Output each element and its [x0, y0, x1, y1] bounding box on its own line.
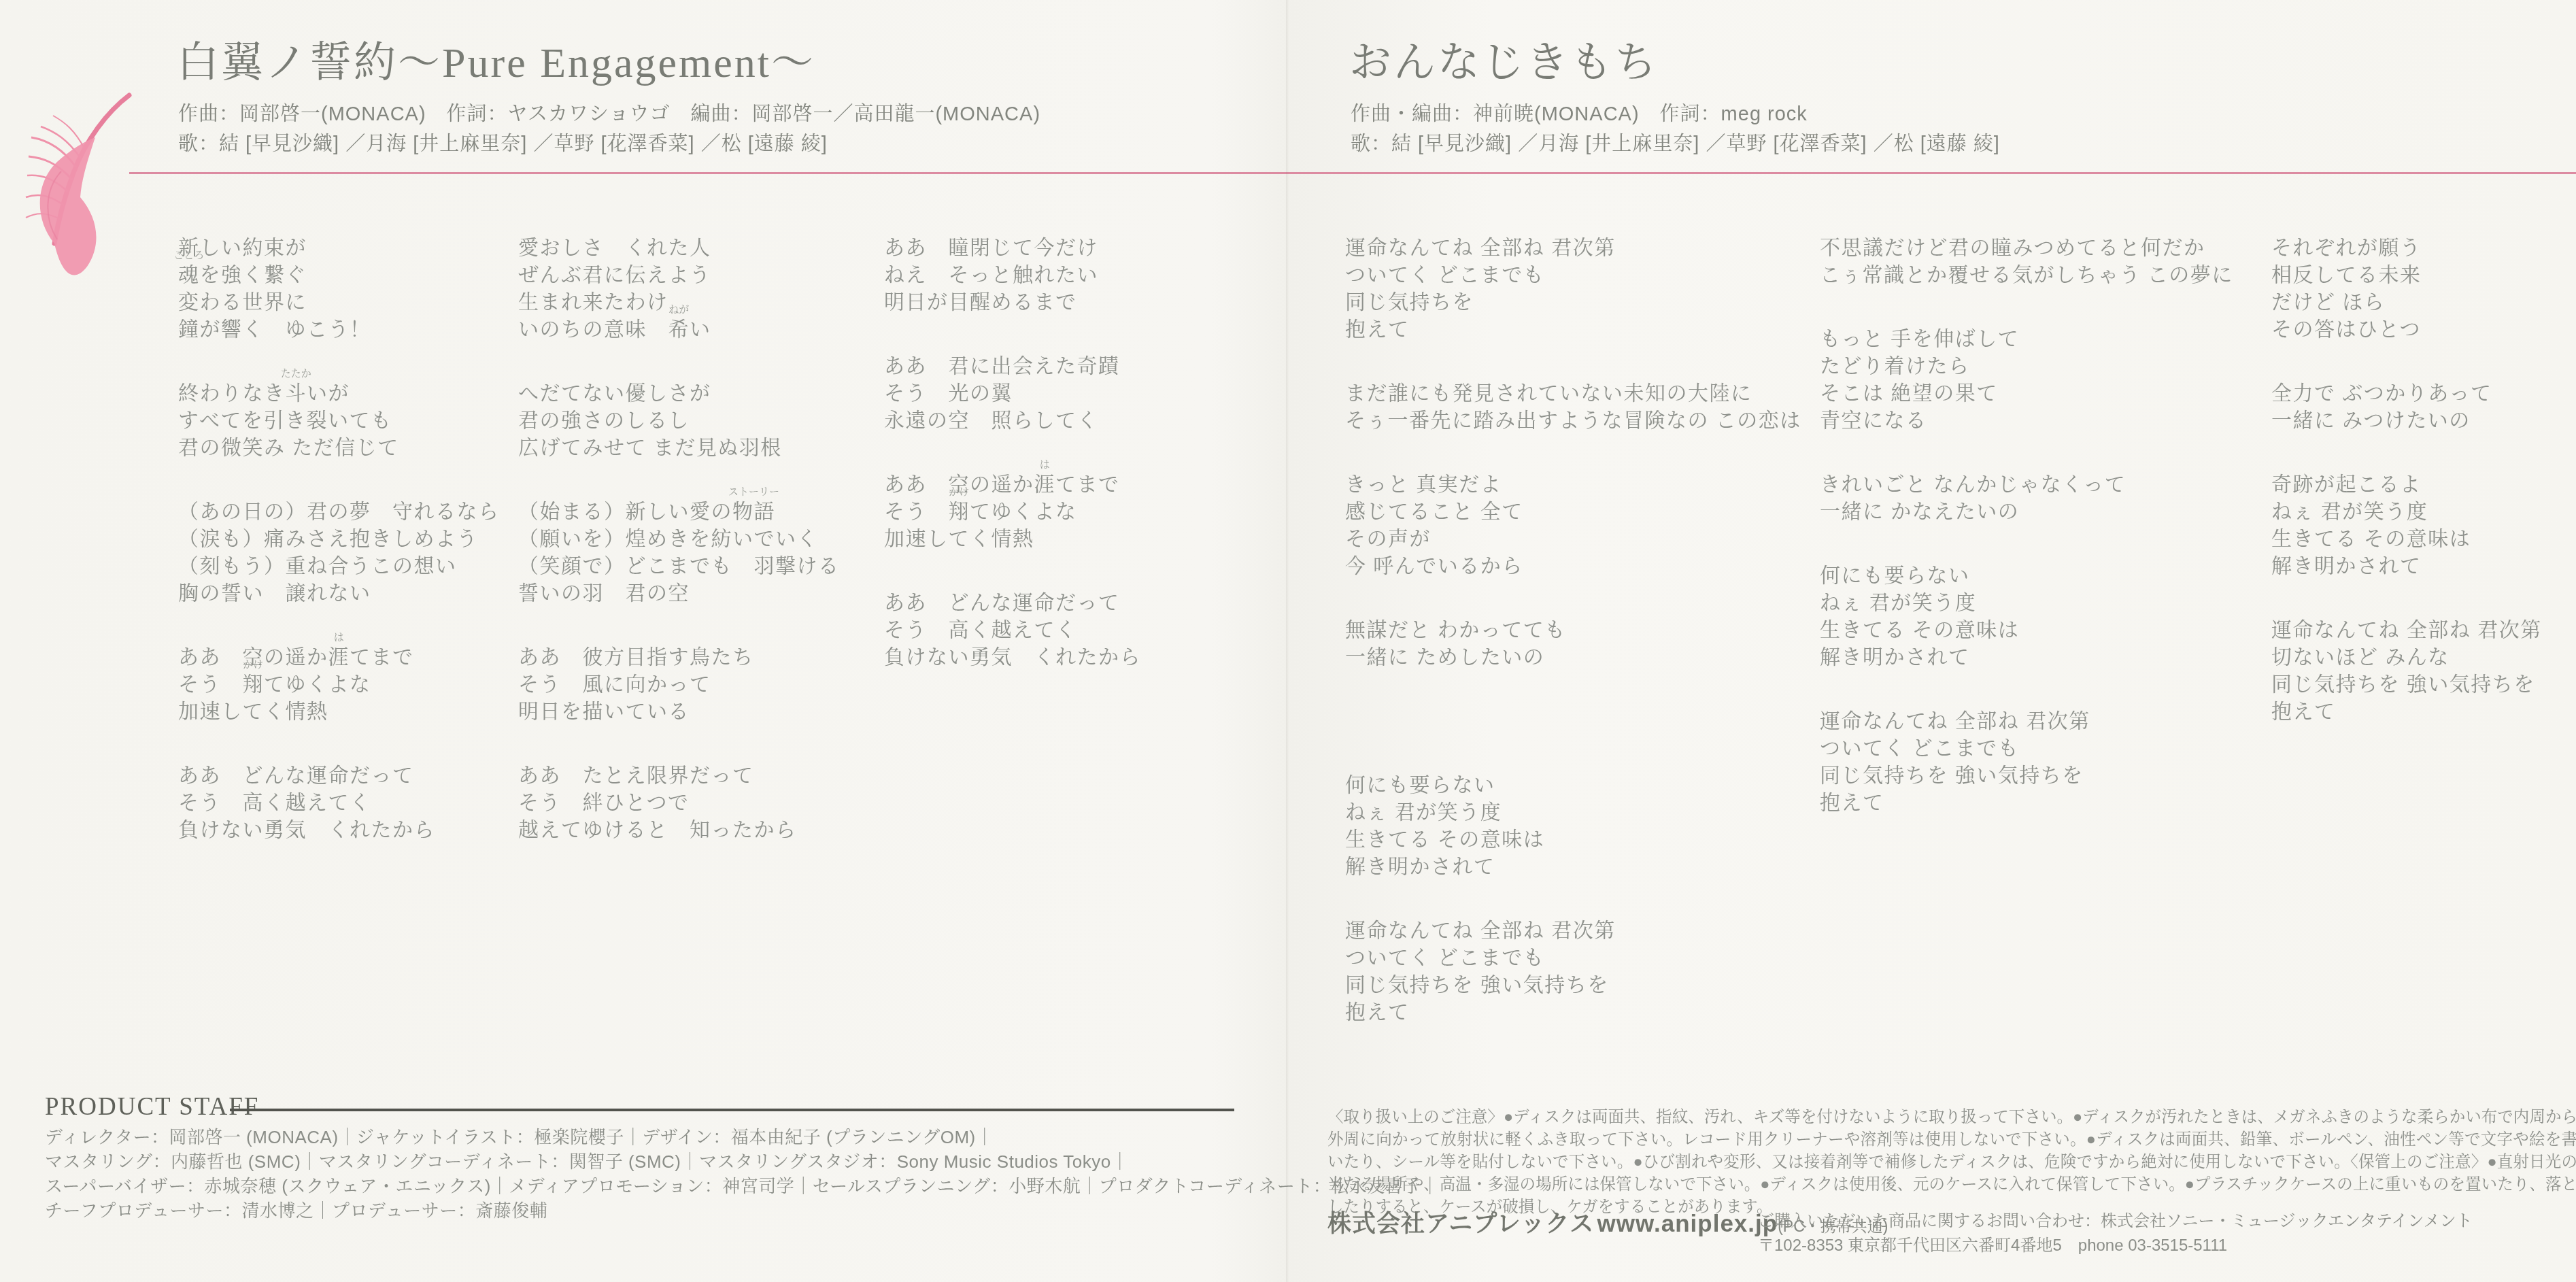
lyric-line: もっと 手を伸ばして	[1820, 326, 2233, 353]
lyric-line: 同じ気持ちを	[1345, 289, 1801, 316]
lyric-stanza: ああ 瞳閉じて今だけねえ そっと触れたい明日が目醒めるまで	[884, 235, 1141, 316]
lyric-stanza: ああ 君に出会えた奇蹟そう 光の翼永遠の空 照らしてく	[884, 353, 1141, 435]
page-fold-crease	[1286, 0, 1289, 1282]
lyric-line: 同じ気持ちを 強い気持ちを	[1820, 762, 2233, 790]
credit-line-vocals: 歌：結 [早見沙織] ／月海 [井上麻里奈] ／草野 [花澤香菜] ／松 [遠藤…	[1351, 129, 2000, 159]
lyric-stanza: まだ誰にも発見されていない未知の大陸にそぅ一番先に踏み出すような冒険なの この恋…	[1345, 380, 1801, 435]
lyric-line: こぅ常識とか覆せる気がしちゃう この夢に	[1820, 262, 2233, 289]
lyric-line: ぜんぶ君に伝えよう	[518, 262, 840, 289]
lyric-line: 君の強さのしるし	[518, 407, 840, 435]
lyric-stanza: （始まる）新しい愛の物語ストーリー（願いを）煌めきを紡いでいく（笑顔で）どこまで…	[518, 499, 840, 607]
furigana-base: 希ねが	[668, 316, 690, 343]
lyric-line: （願いを）煌めきを紡いでいく	[518, 526, 840, 553]
lyric-line: 抱えて	[1345, 316, 1801, 343]
lyric-stanza: 新しい約束が魂こころを強く繋ぐ変わる世界に鐘が響く ゆこう！	[178, 235, 500, 343]
furigana: ストーリー	[728, 487, 779, 497]
lyric-line: その答はひとつ	[2271, 316, 2542, 343]
lyric-stanza: 全力で ぶつかりあって一緒に みつけたいの	[2271, 380, 2542, 435]
staff-credit-line: スーパーバイザー：赤城奈穂 (スクウェア・エニックス)｜メディアプロモーション：…	[45, 1174, 1255, 1198]
lyric-line: そう 高く越えてく	[178, 790, 500, 817]
lyric-line: 切ないほど みんな	[2271, 644, 2542, 671]
lyric-line: 運命なんてね 全部ね 君次第	[1820, 708, 2233, 735]
furigana: かけ	[243, 660, 263, 670]
lyric-line: 同じ気持ちを 強い気持ちを	[1345, 972, 1801, 999]
lyric-line: ねぇ 君が笑う度	[2271, 499, 2542, 526]
lyric-stanza: きっと 真実だよ感じてること 全てその声が今 呼んでいるから	[1345, 471, 1801, 580]
lyric-line: 生きてる その意味は	[1345, 826, 1801, 854]
furigana-base: 涯は	[1034, 471, 1056, 499]
lyric-stanza: ああ どんな運命だってそう 高く越えてく負けない勇気 くれたから	[178, 762, 500, 844]
handling-notes: 〈取り扱い上のご注意〉●ディスクは両面共、指紋、汚れ、キズ等を付けないように取り…	[1327, 1106, 2576, 1218]
lyric-line: その声が	[1345, 526, 1801, 553]
lyric-line: 抱えて	[1345, 999, 1801, 1026]
furigana: こころ	[173, 250, 204, 260]
publisher-name: 株式会社アニプレックス	[1327, 1211, 1594, 1237]
lyric-stanza: 運命なんてね 全部ね 君次第ついてく どこまでも同じ気持ちを 強い気持ちを抱えて	[1345, 917, 1801, 1026]
lyrics-column-right-3: それぞれが願う相反してる未来だけど ほらその答はひとつ全力で ぶつかりあって一緒…	[2271, 235, 2542, 762]
lyric-line: そう 絆ひとつで	[518, 790, 840, 817]
lyric-stanza: ああ 彼方目指す鳥たちそう 風に向かって明日を描いている	[518, 644, 840, 726]
furigana-base: 翔かけ	[243, 671, 265, 698]
lyric-line: 運命なんてね 全部ね 君次第	[2271, 617, 2542, 644]
pink-feather-graphic	[5, 72, 141, 297]
song-title-right: おんなじきもち	[1349, 29, 1659, 89]
lyric-line: 一緒に みつけたいの	[2271, 407, 2542, 435]
lyrics-column-right-2: 不思議だけど君の瞳みつめてると何だかこぅ常識とか覆せる気がしちゃう この夢にもっ…	[1820, 235, 2233, 854]
lyric-line: 胸の誓い 譲れない	[178, 580, 500, 607]
lyric-line: ねぇ 君が笑う度	[1820, 590, 2233, 617]
lyric-line: ついてく どこまでも	[1345, 262, 1801, 289]
lyric-line: 青空になる	[1820, 407, 2233, 435]
lyric-line: へだてない優しさが	[518, 380, 840, 407]
furigana: たたか	[281, 369, 311, 379]
lyric-line: きっと 真実だよ	[1345, 471, 1801, 499]
lyric-line: ああ 瞳閉じて今だけ	[884, 235, 1141, 262]
pink-divider-line	[129, 172, 2576, 174]
contact-line: ご購入いただいた商品に関するお問い合わせ：株式会社ソニー・ミュージックエンタテイ…	[1758, 1209, 2473, 1234]
lyric-stanza: 終わりなき斗たたかいがすべてを引き裂いても君の微笑み ただ信じて	[178, 380, 500, 462]
lyric-line: 運命なんてね 全部ね 君次第	[1345, 917, 1801, 945]
lyric-line: 相反してる未来	[2271, 262, 2542, 289]
furigana: は	[334, 632, 344, 643]
product-staff-heading: PRODUCT STAFF	[45, 1092, 259, 1121]
contact-info: ご購入いただいた商品に関するお問い合わせ：株式会社ソニー・ミュージックエンタテイ…	[1758, 1209, 2473, 1258]
lyric-line: （始まる）新しい愛の物語ストーリー	[518, 499, 840, 526]
lyric-line: 感じてること 全て	[1345, 499, 1801, 526]
lyric-line: 負けない勇気 くれたから	[178, 817, 500, 844]
lyric-line: （笑顔で）どこまでも 羽撃ける	[518, 553, 840, 580]
lyric-line: そう 光の翼	[884, 380, 1141, 407]
lyric-line: いのちの意味 希ねがい	[518, 316, 840, 343]
lyric-line: 越えてゆけると 知ったから	[518, 817, 840, 844]
lyric-stanza: 運命なんてね 全部ね 君次第ついてく どこまでも同じ気持ちを 強い気持ちを抱えて	[1820, 708, 2233, 817]
lyric-line: 鐘が響く ゆこう！	[178, 316, 500, 343]
credit-line-vocals: 歌：結 [早見沙織] ／月海 [井上麻里奈] ／草野 [花澤香菜] ／松 [遠藤…	[178, 129, 1040, 159]
lyric-line: （涙も）痛みさえ抱きしめよう	[178, 526, 500, 553]
lyric-stanza: 何にも要らないねぇ 君が笑う度生きてる その意味は解き明かされて	[1820, 562, 2233, 671]
furigana-base: 魂こころ	[178, 262, 200, 289]
lyric-stanza: 奇跡が起こるよねぇ 君が笑う度生きてる その意味は解き明かされて	[2271, 471, 2542, 580]
staff-credit-line: マスタリング：内藤哲也 (SMC)｜マスタリングコーディネート：関智子 (SMC…	[45, 1149, 1255, 1174]
furigana: ねが	[668, 305, 689, 315]
staff-divider-line	[230, 1109, 1234, 1111]
lyric-line: 変わる世界に	[178, 289, 500, 316]
lyric-stanza: 何にも要らないねぇ 君が笑う度生きてる その意味は解き明かされて	[1345, 772, 1801, 881]
lyric-line: ああ 彼方目指す鳥たち	[518, 644, 840, 671]
lyric-line: 何にも要らない	[1345, 772, 1801, 799]
lyric-line: 誓いの羽 君の空	[518, 580, 840, 607]
lyric-line: それぞれが願う	[2271, 235, 2542, 262]
lyric-line: 解き明かされて	[1820, 644, 2233, 671]
lyric-line: 解き明かされて	[1345, 854, 1801, 881]
furigana-base: 斗たたか	[286, 380, 307, 407]
lyric-line: 同じ気持ちを 強い気持ちを	[2271, 671, 2542, 698]
lyric-line: そう 高く越えてく	[884, 617, 1141, 644]
song-title-left: 白翼ノ誓約～Pure Engagement～	[177, 29, 815, 89]
lyric-stanza: 無謀だと わかってても一緒に ためしたいの	[1345, 617, 1801, 671]
lyric-stanza: ああ 空の遥か涯はてまでそう 翔かけてゆくよな加速してく情熱	[178, 644, 500, 726]
lyric-line: （刻もう）重ね合うこの想い	[178, 553, 500, 580]
lyric-line: そう 翔かけてゆくよな	[884, 499, 1141, 526]
product-staff-credits: ディレクター：岡部啓一 (MONACA)｜ジャケットイラスト：極楽院櫻子｜デザイ…	[45, 1125, 1255, 1223]
lyric-line: ついてく どこまでも	[1345, 945, 1801, 972]
lyric-stanza: 不思議だけど君の瞳みつめてると何だかこぅ常識とか覆せる気がしちゃう この夢に	[1820, 235, 2233, 289]
lyric-line: 広げてみせて まだ見ぬ羽根	[518, 435, 840, 462]
lyrics-column-left-2: 愛おしさ くれた人ぜんぶ君に伝えよう生まれ来たわけいのちの意味 希ねがいへだてな…	[518, 235, 840, 881]
lyric-stanza: へだてない優しさが君の強さのしるし広げてみせて まだ見ぬ羽根	[518, 380, 840, 462]
furigana-base: 物語ストーリー	[732, 499, 775, 526]
lyric-line: ああ 君に出会えた奇蹟	[884, 353, 1141, 380]
furigana: は	[1040, 460, 1050, 470]
lyric-line: 抱えて	[2271, 698, 2542, 726]
song-credits-left: 作曲：岡部啓一(MONACA) 作詞：ヤスカワショウゴ 編曲：岡部啓一／高田龍一…	[178, 99, 1040, 159]
lyric-line: ねぇ 君が笑う度	[1345, 799, 1801, 826]
lyric-stanza: 運命なんてね 全部ね 君次第切ないほど みんな同じ気持ちを 強い気持ちを抱えて	[2271, 617, 2542, 726]
staff-credit-line: チーフプロデューサー：清水博之｜プロデューサー：斎藤俊輔	[45, 1198, 1255, 1223]
lyric-line: 生きてる その意味は	[2271, 526, 2542, 553]
lyric-line: そぅ一番先に踏み出すような冒険なの この恋は	[1345, 407, 1801, 435]
lyric-line: 魂こころを強く繋ぐ	[178, 262, 500, 289]
lyric-stanza: それぞれが願う相反してる未来だけど ほらその答はひとつ	[2271, 235, 2542, 343]
lyric-stanza: もっと 手を伸ばしてたどり着けたらそこは 絶望の果て青空になる	[1820, 326, 2233, 435]
lyric-line: 何にも要らない	[1820, 562, 2233, 590]
lyric-stanza: 愛おしさ くれた人ぜんぶ君に伝えよう生まれ来たわけいのちの意味 希ねがい	[518, 235, 840, 343]
credit-line-composer: 作曲・編曲：神前暁(MONACA) 作詞：meg rock	[1351, 99, 2000, 129]
lyric-line: ああ たとえ限界だって	[518, 762, 840, 790]
staff-credit-line: ディレクター：岡部啓一 (MONACA)｜ジャケットイラスト：極楽院櫻子｜デザイ…	[45, 1125, 1255, 1149]
lyric-line: 不思議だけど君の瞳みつめてると何だか	[1820, 235, 2233, 262]
lyric-stanza: ああ たとえ限界だってそう 絆ひとつで越えてゆけると 知ったから	[518, 762, 840, 844]
lyric-stanza: ああ 空の遥か涯はてまでそう 翔かけてゆくよな加速してく情熱	[884, 471, 1141, 553]
lyric-line: 永遠の空 照らしてく	[884, 407, 1141, 435]
lyric-line: 終わりなき斗たたかいが	[178, 380, 500, 407]
lyric-line: （あの日の）君の夢 守れるなら	[178, 499, 500, 526]
lyric-line: 愛おしさ くれた人	[518, 235, 840, 262]
lyrics-column-left-3: ああ 瞳閉じて今だけねえ そっと触れたい明日が目醒めるまでああ 君に出会えた奇蹟…	[884, 235, 1141, 708]
lyric-line: 加速してく情熱	[178, 698, 500, 726]
lyric-line: 一緒に かなえたいの	[1820, 499, 2233, 526]
lyric-line: ああ 空の遥か涯はてまで	[884, 471, 1141, 499]
lyrics-column-right-1: 運命なんてね 全部ね 君次第ついてく どこまでも同じ気持ちを抱えてまだ誰にも発見…	[1345, 235, 1801, 1063]
lyric-line: 一緒に ためしたいの	[1345, 644, 1801, 671]
publisher-website: www.aniplex.jp	[1597, 1211, 1778, 1237]
lyric-line: 生きてる その意味は	[1820, 617, 2233, 644]
lyric-stanza: 運命なんてね 全部ね 君次第ついてく どこまでも同じ気持ちを抱えて	[1345, 235, 1801, 343]
lyric-line: ああ どんな運命だって	[884, 590, 1141, 617]
song-credits-right: 作曲・編曲：神前暁(MONACA) 作詞：meg rock 歌：結 [早見沙織]…	[1351, 99, 2000, 159]
lyric-line: ああ 空の遥か涯はてまで	[178, 644, 500, 671]
credit-line-composer: 作曲：岡部啓一(MONACA) 作詞：ヤスカワショウゴ 編曲：岡部啓一／高田龍一…	[178, 99, 1040, 129]
lyric-stanza: ああ どんな運命だってそう 高く越えてく負けない勇気 くれたから	[884, 590, 1141, 671]
lyric-line: 無謀だと わかってても	[1345, 617, 1801, 644]
lyric-stanza: きれいごと なんかじゃなくって一緒に かなえたいの	[1820, 471, 2233, 526]
lyric-line: ついてく どこまでも	[1820, 735, 2233, 762]
lyric-line: だけど ほら	[2271, 289, 2542, 316]
lyric-line: そう 風に向かって	[518, 671, 840, 698]
lyric-line: きれいごと なんかじゃなくって	[1820, 471, 2233, 499]
contact-address: 〒102-8353 東京都千代田区六番町4番地5 phone 03-3515-5…	[1758, 1234, 2473, 1258]
lyric-stanza: （あの日の）君の夢 守れるなら（涙も）痛みさえ抱きしめよう（刻もう）重ね合うこの…	[178, 499, 500, 607]
furigana: かけ	[949, 487, 969, 497]
lyric-line: 全力で ぶつかりあって	[2271, 380, 2542, 407]
lyric-line: 明日を描いている	[518, 698, 840, 726]
furigana-base: 翔かけ	[949, 499, 970, 526]
lyric-line: 新しい約束が	[178, 235, 500, 262]
lyric-line: 君の微笑み ただ信じて	[178, 435, 500, 462]
lyric-line: ああ どんな運命だって	[178, 762, 500, 790]
lyric-stanza	[1345, 708, 1801, 735]
lyric-line: 明日が目醒めるまで	[884, 289, 1141, 316]
lyric-line: まだ誰にも発見されていない未知の大陸に	[1345, 380, 1801, 407]
lyric-line: 運命なんてね 全部ね 君次第	[1345, 235, 1801, 262]
lyric-line: 奇跡が起こるよ	[2271, 471, 2542, 499]
lyric-line: ねえ そっと触れたい	[884, 262, 1141, 289]
lyric-line: 今 呼んでいるから	[1345, 553, 1801, 580]
furigana-base: 涯は	[328, 644, 350, 671]
lyric-line: 抱えて	[1820, 790, 2233, 817]
lyric-line: そう 翔かけてゆくよな	[178, 671, 500, 698]
lyric-line: すべてを引き裂いても	[178, 407, 500, 435]
lyric-line: 負けない勇気 くれたから	[884, 644, 1141, 671]
lyric-line: そこは 絶望の果て	[1820, 380, 2233, 407]
booklet-spread: 白翼ノ誓約～Pure Engagement～ 作曲：岡部啓一(MONACA) 作…	[0, 0, 2576, 1282]
lyric-line: 解き明かされて	[2271, 553, 2542, 580]
lyrics-column-left-1: 新しい約束が魂こころを強く繋ぐ変わる世界に鐘が響く ゆこう！終わりなき斗たたかい…	[178, 235, 500, 881]
lyric-line: たどり着けたら	[1820, 353, 2233, 380]
lyric-line: 加速してく情熱	[884, 526, 1141, 553]
